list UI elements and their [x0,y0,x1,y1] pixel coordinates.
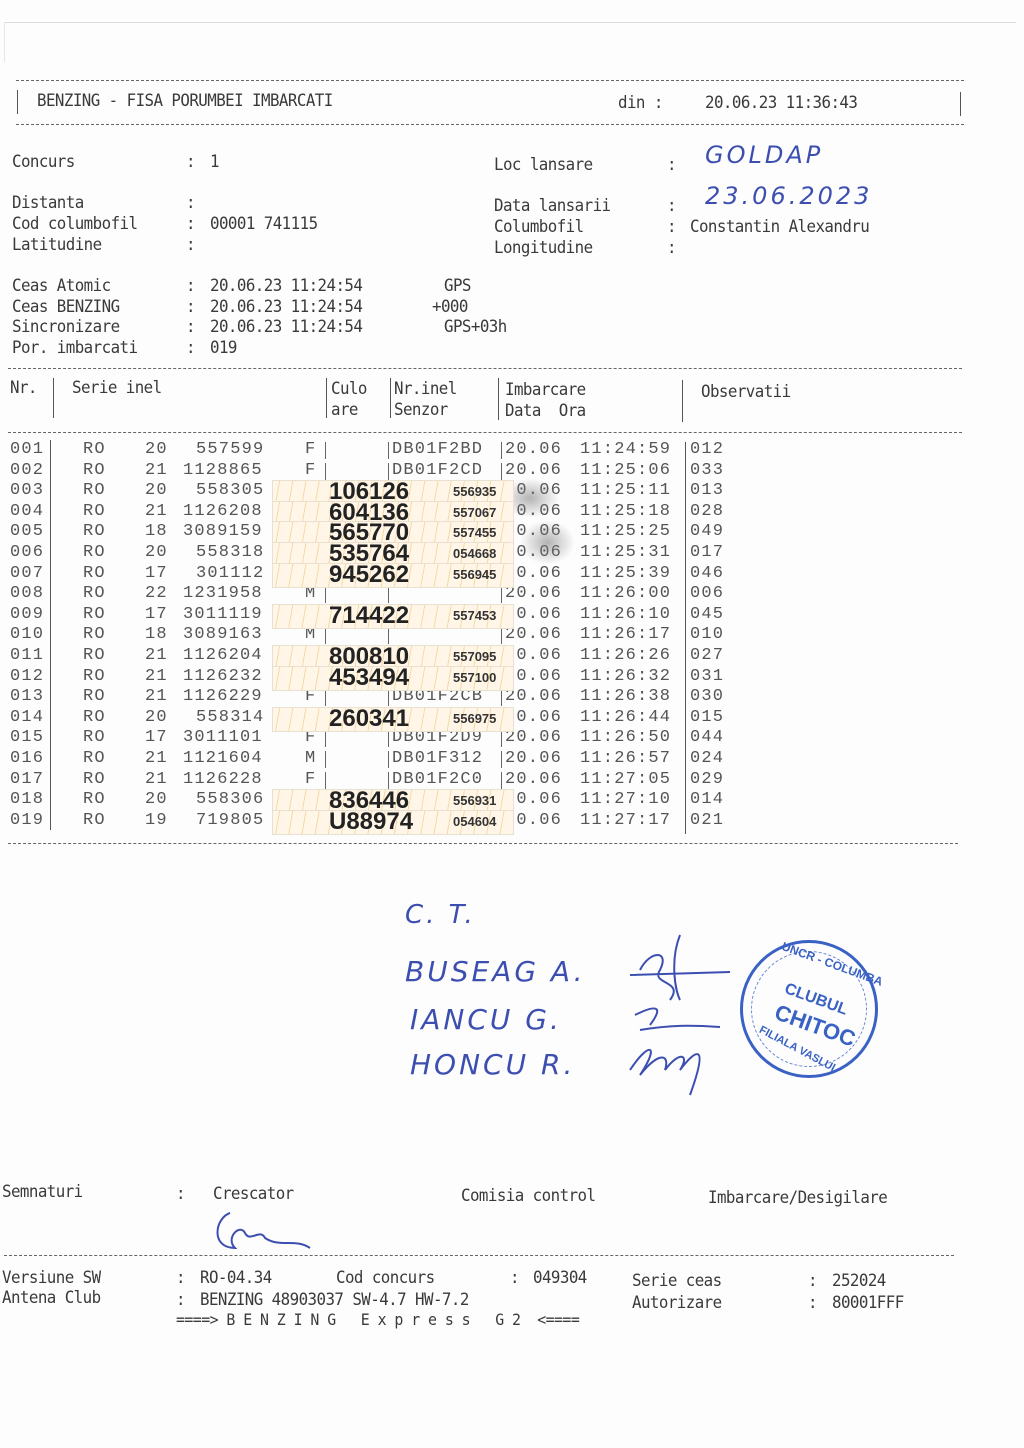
cell-time: 11:24:59 [580,440,671,459]
autorizare-value: 80001FFF [832,1293,904,1313]
crescator-signature [205,1208,325,1258]
cell-date: 20.06 [505,770,562,789]
date-sep [501,772,502,789]
colon: : [186,214,195,234]
cell-country: RO [83,461,106,480]
culoare-sep [325,627,326,644]
colon: : [808,1271,817,1291]
clock-label: Ceas Atomic [12,276,111,296]
cell-nr: 002 [10,461,44,480]
cell-obs: 013 [690,481,724,500]
cell-time: 11:26:00 [580,584,671,603]
clock-label: Por. imbarcati [12,338,137,358]
cell-time: 11:25:06 [580,461,671,480]
cell-obs: 031 [690,667,724,686]
sticker-serial: 557100 [453,670,496,685]
col-header-culoare-2: are [331,400,358,420]
colon: : [176,1290,185,1310]
date-sep [501,586,502,603]
cell-nr: 013 [10,687,44,706]
date-sep [501,689,502,706]
cell-country: RO [83,481,106,500]
cell-time: 11:25:31 [580,543,671,562]
sticker-serial: 557095 [453,649,496,664]
colon: : [808,1293,817,1313]
cell-year: 20 [145,790,168,809]
culoare-sep [325,751,326,768]
colon: : [186,152,195,172]
cell-country: RO [83,440,106,459]
info-value: Constantin Alexandru [690,217,869,237]
cell-ring: 1126229 [183,687,263,706]
benzing-banner: ====> B E N Z I N G E x p r e s s G 2 <=… [176,1310,579,1329]
header-top-divider [16,80,964,81]
print-date-value: 20.06.23 11:36:43 [705,93,857,113]
cell-obs: 028 [690,502,724,521]
cell-ring: 301112 [196,564,264,583]
colon: : [176,1268,185,1288]
obs-column-line [685,442,686,834]
cell-obs: 033 [690,461,724,480]
cell-country: RO [83,687,106,706]
sticker-ring-number: 714422 [329,602,409,630]
col-divider [682,380,683,422]
cell-country: RO [83,728,106,747]
versiune-value: RO-04.34 [200,1268,272,1288]
sticker-serial: 557067 [453,505,496,520]
autorizare-label: Autorizare [632,1293,722,1313]
sticker-serial: 054604 [453,814,496,829]
culoare-sep [325,442,326,459]
table-top-divider [8,368,962,369]
cell-obs: 012 [690,440,724,459]
col-header-senzor-2: Senzor [394,400,448,420]
cell-time: 11:26:50 [580,728,671,747]
cell-date: 20.06 [505,440,562,459]
clock-label: Ceas BENZING [12,297,120,317]
colon: : [186,338,195,358]
header-left-bar [17,90,18,114]
cell-sex: M [305,749,316,768]
cell-obs: 006 [690,584,724,603]
colon: : [186,235,195,255]
serie-ceas-value: 252024 [832,1271,886,1291]
cell-country: RO [83,605,106,624]
cell-nr: 016 [10,749,44,768]
cell-country: RO [83,646,106,665]
cell-year: 18 [145,625,168,644]
info-label: Cod columbofil [12,214,137,234]
cell-year: 21 [145,687,168,706]
cell-obs: 024 [690,749,724,768]
nr-column-line [50,440,51,830]
sticker-ring-number: 453494 [329,664,409,692]
commission-member-2: IANCU G. [410,1003,562,1036]
cell-year: 20 [145,440,168,459]
cell-obs: 014 [690,790,724,809]
sticker-ring-number: U88974 [329,808,413,836]
cell-ring: 3089159 [183,522,263,541]
clock-value: 20.06.23 11:24:54 [210,297,362,317]
cell-year: 21 [145,770,168,789]
signatures-label: Semnaturi [2,1182,83,1202]
colon: : [667,196,676,216]
cell-obs: 046 [690,564,724,583]
cell-country: RO [83,708,106,727]
sensor-sep [388,463,389,480]
sticker-serial: 557455 [453,525,496,540]
cell-nr: 011 [10,646,44,665]
ink-smudge [520,520,575,565]
ring-sticker: U88974054604 [272,810,514,835]
cell-country: RO [83,667,106,686]
sensor-sep [388,586,389,603]
table-row: 001RO20557599FDB01F2BD20.0611:24:59012 [0,440,1024,461]
cell-obs: 049 [690,522,724,541]
cell-ring: 1126208 [183,502,263,521]
cell-country: RO [83,749,106,768]
cell-nr: 004 [10,502,44,521]
cell-nr: 014 [10,708,44,727]
clock-label: Sincronizare [12,317,120,337]
col-divider [53,378,54,418]
cell-year: 17 [145,728,168,747]
document-title: BENZING - FISA PORUMBEI IMBARCATI [37,91,333,111]
cell-time: 11:26:17 [580,625,671,644]
culoare-sep [325,730,326,747]
cell-nr: 012 [10,667,44,686]
cell-obs: 017 [690,543,724,562]
cell-ring: 719805 [196,811,264,830]
cell-nr: 003 [10,481,44,500]
cell-nr: 007 [10,564,44,583]
col-header-nr: Nr. [10,378,37,398]
cell-time: 11:26:32 [580,667,671,686]
cell-ring: 1126228 [183,770,263,789]
culoare-sep [325,772,326,789]
cell-obs: 044 [690,728,724,747]
cell-nr: 005 [10,522,44,541]
cell-year: 18 [145,522,168,541]
signature-imbarcare: Imbarcare/Desigilare [708,1188,887,1208]
cell-country: RO [83,502,106,521]
paper-side [4,22,5,62]
ring-sticker: 714422557453 [272,604,514,629]
cell-year: 17 [145,564,168,583]
cell-nr: 019 [10,811,44,830]
header-right-bar [960,92,961,116]
cell-nr: 010 [10,625,44,644]
cell-ring: 3089163 [183,625,263,644]
date-sep [501,442,502,459]
clock-value: 20.06.23 11:24:54 [210,276,362,296]
commission-member-1: BUSEAG A. [405,955,586,988]
cell-time: 11:27:17 [580,811,671,830]
colon: : [186,276,195,296]
info-label: Columbofil [494,217,584,237]
cell-sensor: DB01F2C0 [392,770,483,789]
date-sep [501,751,502,768]
sensor-sep [388,442,389,459]
cell-year: 21 [145,667,168,686]
sensor-sep [388,772,389,789]
commission-member-3: HONCU R. [410,1048,575,1081]
cell-country: RO [83,811,106,830]
club-stamp: UNCR - COLUMBA CLUBUL CHITOC FILIALA VAS… [740,940,878,1078]
antena-label: Antena Club [2,1288,101,1308]
sticker-ring-number: 260341 [329,705,409,733]
cell-ring: 1121604 [183,749,263,768]
sensor-sep [388,627,389,644]
cell-ring: 3011101 [183,728,263,747]
versiune-label: Versiune SW [2,1268,101,1288]
sensor-sep [388,689,389,706]
cell-year: 21 [145,749,168,768]
cell-obs: 010 [690,625,724,644]
cell-obs: 015 [690,708,724,727]
cell-country: RO [83,564,106,583]
cell-year: 21 [145,461,168,480]
cell-time: 11:26:44 [580,708,671,727]
sticker-serial: 556975 [453,711,496,726]
cell-ring: 3011119 [183,605,263,624]
clock-suffix: +000 [432,297,468,317]
culoare-sep [325,586,326,603]
sticker-serial: 556935 [453,484,496,499]
cell-country: RO [83,625,106,644]
cell-time: 11:26:10 [580,605,671,624]
cell-ring: 1126232 [183,667,263,686]
print-date-label: din : [618,93,663,113]
sticker-serial: 557453 [453,608,496,623]
cell-nr: 001 [10,440,44,459]
cell-nr: 008 [10,584,44,603]
table-header-divider [8,432,962,433]
info-label: Longitudine [494,238,593,258]
table-row: 016RO211121604MDB01F31220.0611:26:57024 [0,749,1024,770]
ring-sticker: 453494557100 [272,666,514,691]
colon: : [667,238,676,258]
info-value: 1 [210,152,219,172]
info-label: Distanta [12,193,84,213]
info-label: Data lansarii [494,196,610,216]
clock-value: 019 [210,338,237,358]
antena-value: BENZING 48903037 SW-4.7 HW-7.2 [200,1290,469,1310]
cell-country: RO [83,522,106,541]
cell-year: 20 [145,543,168,562]
cell-sex: F [305,461,316,480]
sensor-sep [388,751,389,768]
cell-obs: 029 [690,770,724,789]
cell-country: RO [83,543,106,562]
cell-ring: 1231958 [183,584,263,603]
cell-time: 11:26:57 [580,749,671,768]
cell-ring: 558305 [196,481,264,500]
info-label: Loc lansare [494,155,593,175]
ring-sticker: 260341556975 [272,707,514,732]
cell-ring: 557599 [196,440,264,459]
cell-time: 11:26:26 [580,646,671,665]
signature-crescator: Crescator [213,1184,294,1204]
table-bottom-divider [8,843,958,844]
sticker-serial: 054668 [453,546,496,561]
cell-year: 21 [145,502,168,521]
cell-country: RO [83,790,106,809]
info-value: 00001 741115 [210,214,318,234]
colon: : [186,297,195,317]
cell-time: 11:26:38 [580,687,671,706]
culoare-sep [325,463,326,480]
col-header-imbarcare-1: Imbarcare [505,380,586,400]
cell-ring: 1128865 [183,461,263,480]
date-sep [501,627,502,644]
header-bottom-divider [16,124,964,125]
cell-year: 20 [145,481,168,500]
cell-time: 11:25:11 [580,481,671,500]
commission-title: C. T. [405,900,476,930]
cell-nr: 009 [10,605,44,624]
cell-year: 22 [145,584,168,603]
info-label: Concurs [12,152,75,172]
cell-obs: 021 [690,811,724,830]
clock-value: 20.06.23 11:24:54 [210,317,362,337]
cell-nr: 015 [10,728,44,747]
col-header-observatii: Observatii [701,382,791,402]
signature-comisia: Comisia control [461,1186,595,1206]
colon: : [186,193,195,213]
cell-ring: 558318 [196,543,264,562]
cell-obs: 027 [690,646,724,665]
cell-nr: 017 [10,770,44,789]
colon: : [667,155,676,175]
cell-year: 20 [145,708,168,727]
table-row: 017RO211126228FDB01F2C020.0611:27:05029 [0,770,1024,791]
cell-obs: 030 [690,687,724,706]
cell-date: 20.06 [505,749,562,768]
cell-obs: 045 [690,605,724,624]
handwritten-value: 23.06.2023 [705,182,872,210]
cell-time: 11:25:25 [580,522,671,541]
cell-year: 17 [145,605,168,624]
cell-sensor: DB01F2BD [392,440,483,459]
cell-nr: 006 [10,543,44,562]
sticker-ring-number: 945262 [329,561,409,589]
cell-ring: 558306 [196,790,264,809]
colon: : [186,317,195,337]
col-header-serie: Serie inel [72,378,162,398]
col-header-culoare-1: Culo [331,379,367,399]
clock-suffix: GPS [444,276,471,296]
clock-suffix: GPS+03h [444,317,507,337]
sticker-serial: 556945 [453,567,496,582]
cell-year: 19 [145,811,168,830]
sensor-sep [388,730,389,747]
colon: : [510,1268,519,1288]
cell-country: RO [83,770,106,789]
cod-concurs-label: Cod concurs [336,1268,435,1288]
cell-time: 11:25:18 [580,502,671,521]
commission-signatures [610,930,740,1100]
ring-sticker: 945262556945 [272,563,514,588]
col-divider [498,378,499,420]
sticker-serial: 556931 [453,793,496,808]
colon: : [667,217,676,237]
col-divider [390,378,391,418]
cell-sensor: DB01F2CD [392,461,483,480]
cell-ring: 558314 [196,708,264,727]
paper-edge [4,22,1016,27]
cell-ring: 1126204 [183,646,263,665]
footer-divider [4,1255,954,1256]
cell-sex: F [305,440,316,459]
col-divider [326,378,327,418]
cell-time: 11:27:05 [580,770,671,789]
cell-country: RO [83,584,106,603]
cell-nr: 018 [10,790,44,809]
cell-year: 21 [145,646,168,665]
cell-sex: F [305,770,316,789]
cell-time: 11:27:10 [580,790,671,809]
col-header-senzor-1: Nr.inel [394,379,457,399]
cell-date: 20.06 [505,461,562,480]
info-label: Latitudine [12,235,102,255]
handwritten-value: GOLDAP [705,141,823,169]
cell-sensor: DB01F312 [392,749,483,768]
col-header-imbarcare-2: Data Ora [505,401,586,421]
cod-concurs-value: 049304 [533,1268,587,1288]
date-sep [501,730,502,747]
signatures-colon: : [176,1184,185,1204]
culoare-sep [325,689,326,706]
serie-ceas-label: Serie ceas [632,1271,722,1291]
cell-time: 11:25:39 [580,564,671,583]
